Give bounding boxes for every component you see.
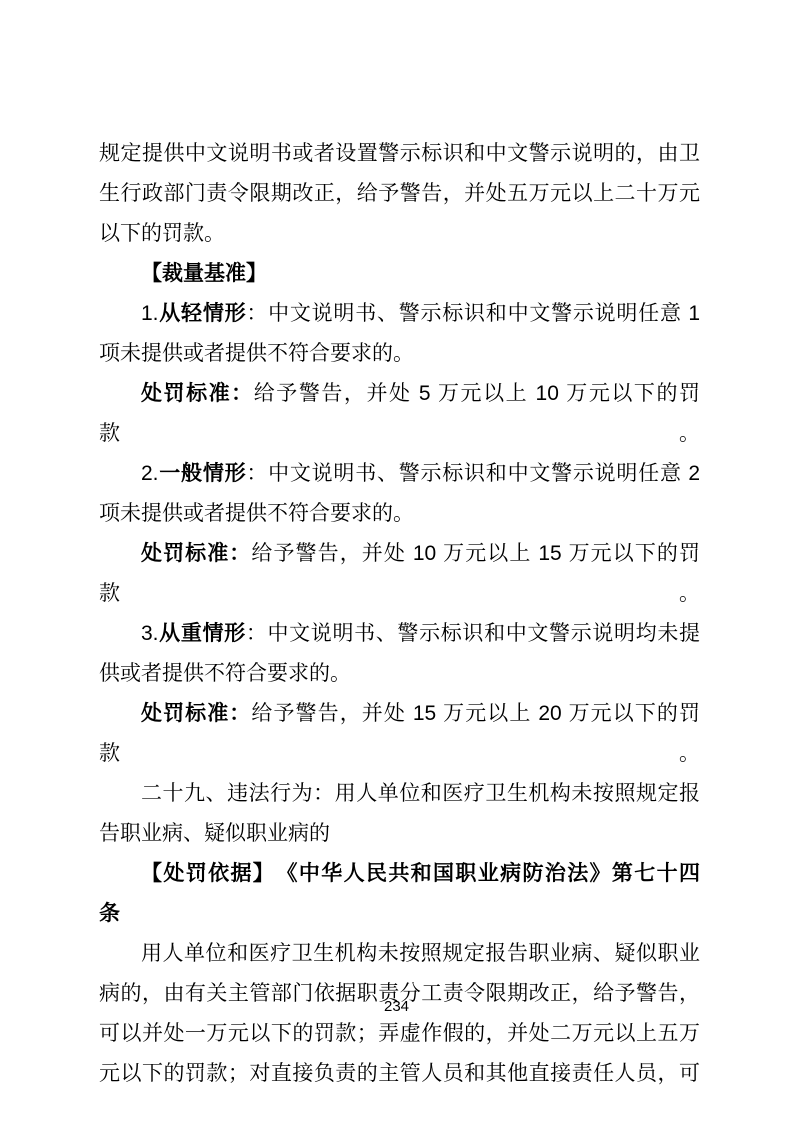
document-text-block: 规定提供中文说明书或者设置警示标识和中文警示说明的，由卫 生行政部门责令限期改正… — [99, 134, 700, 1094]
body-line: 2.一般情形：中文说明书、警示标识和中文警示说明任意 2 — [99, 454, 700, 494]
section-heading-caliber-basis: 【裁量基准】 — [99, 254, 700, 294]
body-line: 生行政部门责令限期改正，给予警告，并处五万元以上二十万元 — [99, 174, 700, 214]
list-number-run: 1. — [141, 302, 159, 325]
body-line: 供或者提供不符合要求的。 — [99, 654, 700, 694]
text-run: 告职业病、疑似职业病的 — [99, 822, 330, 845]
text-run: ：中文说明书、警示标识和中文警示说明任意 2 — [246, 462, 700, 485]
list-number-run: 2. — [141, 462, 159, 485]
body-line: 用人单位和医疗卫生机构未按照规定报告职业病、疑似职业 — [99, 934, 700, 974]
violation-item-line: 二十九、违法行为：用人单位和医疗卫生机构未按照规定报 — [99, 774, 700, 814]
bold-heading-run: 【裁量基准】 — [141, 262, 267, 285]
text-run: ：中文说明书、警示标识和中文警示说明均未提 — [246, 622, 700, 645]
bold-term-run: 从重情形 — [159, 622, 246, 645]
list-number-run: 3. — [141, 622, 159, 645]
body-line: 规定提供中文说明书或者设置警示标识和中文警示说明的，由卫 — [99, 134, 700, 174]
bold-heading-run: 条 — [99, 902, 120, 925]
body-line: 以下的罚款。 — [99, 214, 700, 254]
bold-term-run: 一般情形 — [159, 462, 247, 485]
page-number: 234 — [0, 998, 793, 1016]
text-run: 用人单位和医疗卫生机构未按照规定报告职业病、疑似职业 — [141, 942, 700, 965]
body-line: 元以下的罚款；对直接负责的主管人员和其他直接责任人员，可 — [99, 1054, 700, 1094]
text-run: 项未提供或者提供不符合要求的。 — [99, 342, 414, 365]
text-run: 供或者提供不符合要求的。 — [99, 662, 351, 685]
text-run: 规定提供中文说明书或者设置警示标识和中文警示说明的，由卫 — [99, 142, 700, 165]
bold-term-run: 处罚标准： — [141, 702, 251, 725]
bold-term-run: 处罚标准： — [141, 542, 251, 565]
body-line: 3.从重情形：中文说明书、警示标识和中文警示说明均未提 — [99, 614, 700, 654]
bold-heading-run: 【处罚依据】 《中华人民共和国职业病防治法》第七十四 — [141, 862, 700, 885]
penalty-standard-line: 处罚标准：给予警告，并处 10 万元以上 15 万元以下的罚款。 — [99, 534, 700, 614]
section-heading-penalty-basis: 【处罚依据】 《中华人民共和国职业病防治法》第七十四 — [99, 854, 700, 894]
penalty-standard-line: 处罚标准：给予警告，并处 5 万元以上 10 万元以下的罚款。 — [99, 374, 700, 454]
document-page: 规定提供中文说明书或者设置警示标识和中文警示说明的，由卫 生行政部门责令限期改正… — [0, 0, 793, 1122]
text-run: 以下的罚款。 — [99, 222, 225, 245]
violation-item-line: 告职业病、疑似职业病的 — [99, 814, 700, 854]
text-run: 项未提供或者提供不符合要求的。 — [99, 502, 414, 525]
text-run: 生行政部门责令限期改正，给予警告，并处五万元以上二十万元 — [99, 182, 700, 205]
body-line: 项未提供或者提供不符合要求的。 — [99, 334, 700, 374]
bold-term-run: 从轻情形 — [159, 302, 247, 325]
text-run: 二十九、违法行为：用人单位和医疗卫生机构未按照规定报 — [141, 782, 700, 805]
penalty-standard-line: 处罚标准：给予警告，并处 15 万元以上 20 万元以下的罚款。 — [99, 694, 700, 774]
text-run: ：中文说明书、警示标识和中文警示说明任意 1 — [246, 302, 700, 325]
body-line: 可以并处一万元以下的罚款；弄虚作假的，并处二万元以上五万 — [99, 1014, 700, 1054]
text-run: 元以下的罚款；对直接负责的主管人员和其他直接责任人员，可 — [99, 1062, 700, 1085]
body-line: 1.从轻情形：中文说明书、警示标识和中文警示说明任意 1 — [99, 294, 700, 334]
text-run: 可以并处一万元以下的罚款；弄虚作假的，并处二万元以上五万 — [99, 1022, 700, 1045]
body-line: 项未提供或者提供不符合要求的。 — [99, 494, 700, 534]
bold-term-run: 处罚标准： — [141, 382, 254, 405]
section-heading-penalty-basis: 条 — [99, 894, 700, 934]
